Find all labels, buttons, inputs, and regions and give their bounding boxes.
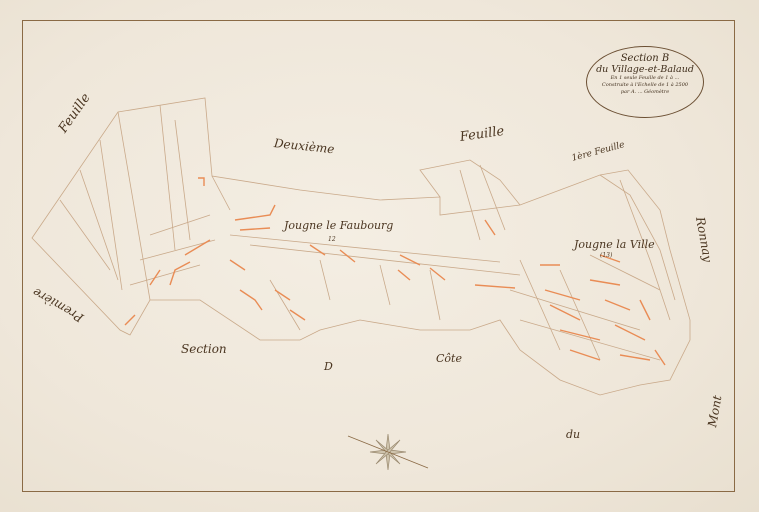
cartouche-section: Section B — [587, 53, 703, 64]
label-cote: Côte — [436, 352, 462, 365]
label-jougne-le-faubourg: Jougne le Faubourg — [284, 219, 393, 232]
cartouche-detail-2: Construite à l'Echelle de 1 à 2500 — [587, 82, 703, 89]
compass-rose-icon — [348, 434, 428, 470]
label-section-letter: D — [324, 360, 333, 373]
label-du: du — [566, 428, 580, 441]
label-ville-number: (13) — [600, 252, 612, 259]
cartouche-detail-1: En 1 seule Feuille de 1 à ... — [587, 75, 703, 82]
label-jougne-la-ville: Jougne la Ville — [574, 238, 655, 251]
title-cartouche: Section B du Village-et-Balaud En 1 seul… — [586, 46, 704, 118]
label-section: Section — [181, 342, 227, 356]
cartouche-title: du Village-et-Balaud — [587, 64, 703, 75]
cartouche-detail-3: par A. ... Géomètre — [587, 89, 703, 96]
label-faubourg-number: 12 — [328, 236, 336, 243]
